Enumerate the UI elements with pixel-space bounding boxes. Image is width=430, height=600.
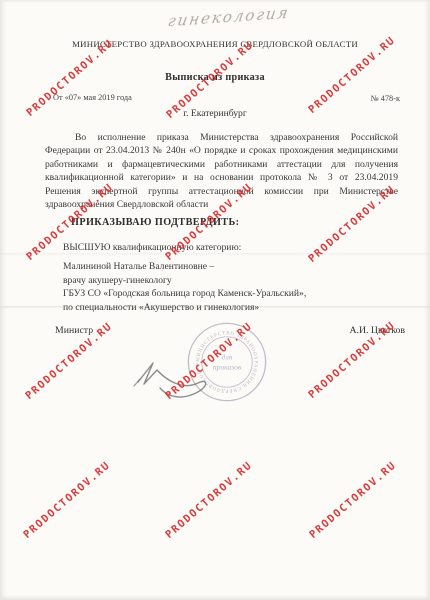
recipient-specialty: по специальности «Акушерство и гинеколог…	[63, 301, 306, 315]
document-date: От «07» мая 2019 года	[53, 93, 132, 102]
watermark-prodoctorov: PRODOCTOROV.RU	[156, 453, 262, 547]
scan-edge-shadow-right	[424, 0, 430, 600]
order-heading: ПРИКАЗЫВАЮ ПОДТВЕРДИТЬ:	[71, 217, 239, 228]
recipient-position: врачу акушеру-гинекологу	[63, 274, 306, 288]
scanned-document-page: гинекология МИНИСТЕРСТВО ЗДРАВООХРАНЕНИЯ…	[0, 0, 430, 600]
order-preamble: Во исполнение приказа Министерства здрав…	[45, 131, 398, 211]
paper-fold-line	[0, 253, 430, 256]
watermark-prodoctorov: PRODOCTOROV.RU	[14, 453, 120, 547]
document-title: Выписка из приказа	[0, 72, 430, 83]
preamble-line: Федерации от 23.04.2013 № 240н «О порядк…	[45, 144, 398, 157]
recipient-name: Малининой Наталье Валентиновне –	[63, 260, 306, 274]
preamble-line: квалификационной категории» и на основан…	[45, 171, 398, 184]
recipient-block: Малининой Наталье Валентиновне – врачу а…	[63, 260, 306, 314]
signer-name: А.И. Цветков	[349, 325, 405, 336]
preamble-line: Во исполнение приказа Министерства здрав…	[45, 131, 398, 144]
document-number: № 478-к	[371, 94, 400, 103]
preamble-line: работниками и фармацевтическими работник…	[45, 158, 398, 171]
scan-edge-shadow-left	[0, 0, 7, 600]
handwritten-annotation: гинекология	[167, 4, 292, 31]
scan-edge-shadow-bottom	[0, 595, 430, 600]
preamble-line: здравоохранения Свердловской области	[45, 198, 398, 211]
scan-edge-shadow-top	[0, 0, 430, 3]
watermark-prodoctorov: PRODOCTOROV.RU	[300, 453, 406, 547]
ministry-header: МИНИСТЕРСТВО ЗДРАВООХРАНЕНИЯ СВЕРДЛОВСКО…	[0, 39, 430, 49]
signer-title: Министр	[55, 325, 93, 336]
minister-signature	[126, 346, 238, 404]
recipient-organization: ГБУЗ СО «Городская больница город Каменс…	[63, 287, 306, 301]
preamble-line: Решения экспертной группы аттестационной…	[45, 185, 398, 198]
category-line: ВЫСШУЮ квалификационную категорию:	[63, 242, 241, 253]
document-city: г. Екатеринбург	[0, 108, 430, 119]
